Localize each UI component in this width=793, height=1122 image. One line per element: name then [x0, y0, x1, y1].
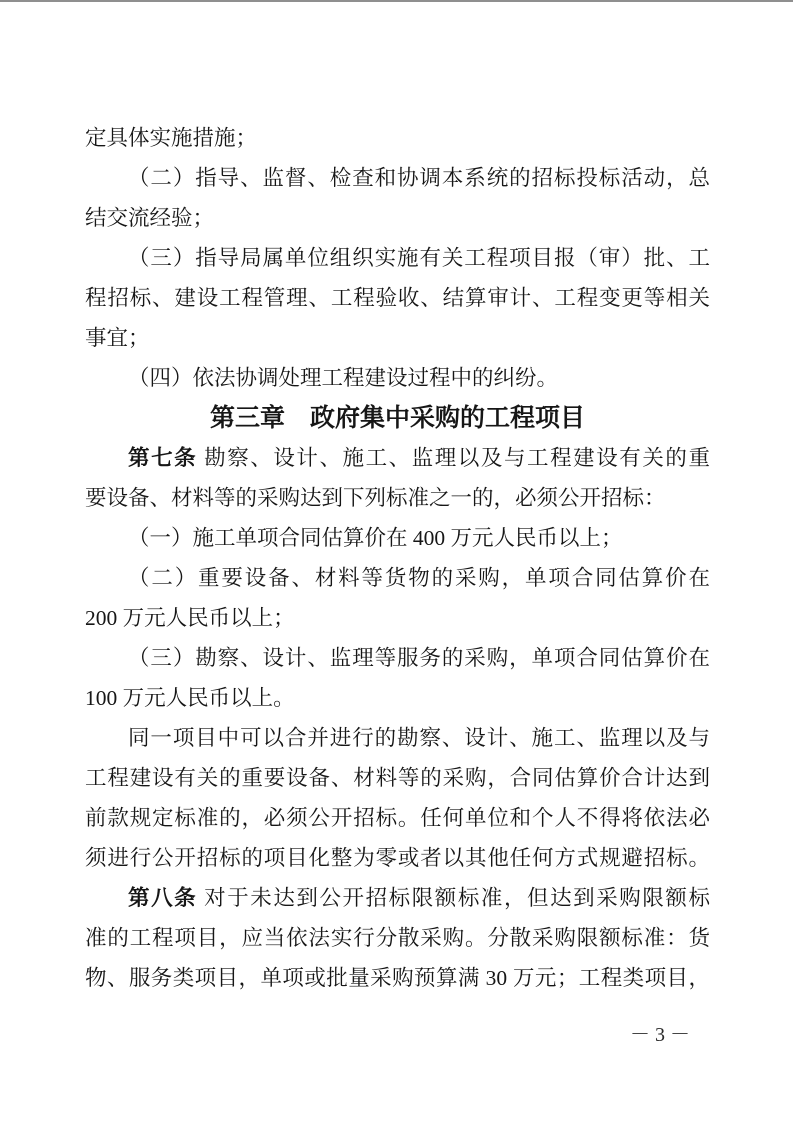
- text-line: 事宜；: [85, 318, 710, 358]
- scan-edge-artifact: [0, 0, 793, 2]
- document-page: 定具体实施措施； （二）指导、监督、检查和协调本系统的招标投标活动，总 结交流经…: [0, 0, 793, 1122]
- text-line: 100 万元人民币以上。: [85, 678, 710, 718]
- page-number: － 3 －: [85, 1020, 710, 1050]
- text-line: 前款规定标准的，必须公开招标。任何单位和个人不得将依法必: [85, 798, 710, 838]
- text-line: （二）指导、监督、检查和协调本系统的招标投标活动，总: [85, 158, 710, 198]
- article-text: 勘察、设计、施工、监理以及与工程建设有关的重: [197, 446, 710, 470]
- text-line: 同一项目中可以合并进行的勘察、设计、施工、监理以及与: [85, 718, 710, 758]
- article-number: 第七条: [128, 446, 197, 470]
- text-line: 物、服务类项目，单项或批量采购预算满 30 万元；工程类项目，: [85, 958, 710, 998]
- text-line: 第八条 对于未达到公开招标限额标准，但达到采购限额标: [85, 878, 710, 918]
- document-body: 定具体实施措施； （二）指导、监督、检查和协调本系统的招标投标活动，总 结交流经…: [0, 0, 793, 1050]
- text-line: 须进行公开招标的项目化整为零或者以其他任何方式规避招标。: [85, 838, 710, 878]
- text-line: 定具体实施措施；: [85, 118, 710, 158]
- text-line: （三）指导局属单位组织实施有关工程项目报（审）批、工: [85, 238, 710, 278]
- text-line: 200 万元人民币以上；: [85, 598, 710, 638]
- text-line: 准的工程项目，应当依法实行分散采购。分散采购限额标准：货: [85, 918, 710, 958]
- text-line: （一）施工单项合同估算价在 400 万元人民币以上；: [85, 518, 710, 558]
- article-text: 对于未达到公开招标限额标准，但达到采购限额标: [197, 886, 710, 910]
- text-line: 要设备、材料等的采购达到下列标准之一的，必须公开招标：: [85, 478, 710, 518]
- article-number: 第八条: [128, 886, 197, 910]
- text-line: 结交流经验；: [85, 198, 710, 238]
- text-line: 工程建设有关的重要设备、材料等的采购，合同估算价合计达到: [85, 758, 710, 798]
- chapter-heading: 第三章 政府集中采购的工程项目: [85, 398, 710, 438]
- text-line: （四）依法协调处理工程建设过程中的纠纷。: [85, 358, 710, 398]
- text-line: （二）重要设备、材料等货物的采购，单项合同估算价在: [85, 558, 710, 598]
- text-line: 第七条 勘察、设计、施工、监理以及与工程建设有关的重: [85, 438, 710, 478]
- text-line: 程招标、建设工程管理、工程验收、结算审计、工程变更等相关: [85, 278, 710, 318]
- text-line: （三）勘察、设计、监理等服务的采购，单项合同估算价在: [85, 638, 710, 678]
